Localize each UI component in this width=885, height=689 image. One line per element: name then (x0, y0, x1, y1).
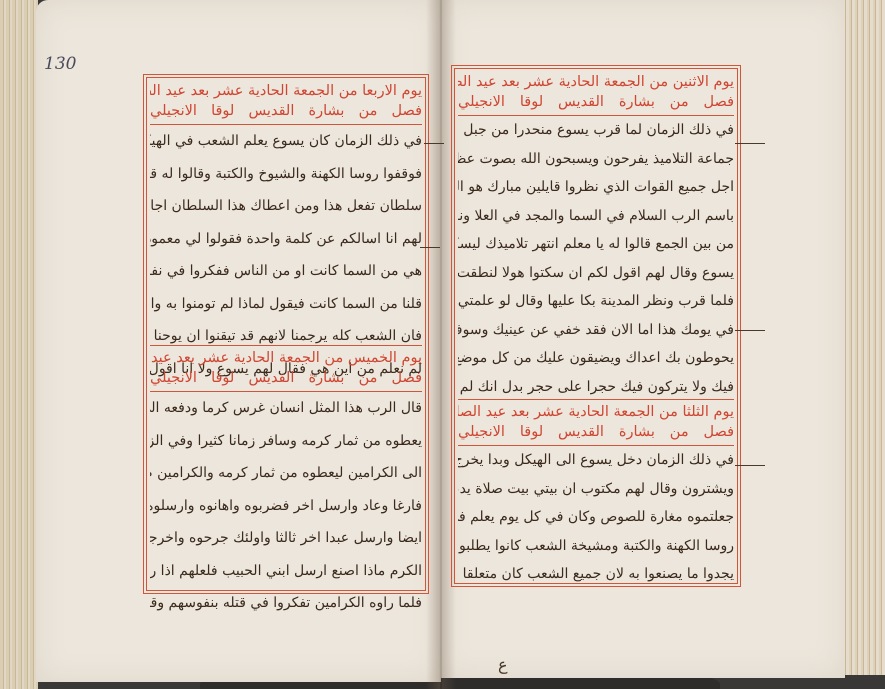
text-line: لهم انا اسالكم عن كلمة واحدة فقولوا لي م… (150, 223, 422, 256)
text-line: في ذلك الزمان لما قرب يسوع منحدرا من جبل… (458, 116, 734, 145)
margin-marker-line (420, 247, 440, 248)
body-text: في ذلك الزمان دخل يسوع الى الهيكل وبدا ي… (458, 446, 734, 589)
margin-marker-line (735, 465, 765, 466)
rubric-heading: يوم الاربعا من الجمعة الحادية عشر بعد عي… (150, 79, 422, 125)
text-line: الكرم ماذا اصنع ارسل ابني الحبيب فلعلهم … (150, 555, 422, 588)
text-line: يعطوه من ثمار كرمه وسافر زمانا كثيرا وفي… (150, 425, 422, 458)
right-text-frame: يوم الاثنين من الجمعة الحادية عشر بعد عي… (451, 65, 741, 587)
text-line: ويشترون وقال لهم مكتوب ان بيتي بيت صلاة … (458, 475, 734, 504)
text-line: فيك ولا يتركون فيك حجرا على حجر بدل انك … (458, 373, 734, 402)
right-section-2: يوم الثلثا من الجمعة الحادية عشر بعد عيد… (458, 399, 734, 589)
right-section-1: يوم الاثنين من الجمعة الحادية عشر بعد عي… (458, 70, 734, 401)
margin-marker-line (424, 143, 444, 144)
rubric-line: يوم الاربعا من الجمعة الحادية عشر بعد عي… (150, 81, 422, 101)
text-line: في ذلك الزمان دخل يسوع الى الهيكل وبدا ي… (458, 446, 734, 475)
text-line: ايضا وارسل عبدا اخر ثالثا واولئك جرحوه و… (150, 522, 422, 555)
text-line: جعلتموه مغارة للصوص وكان في كل يوم يعلم … (458, 503, 734, 532)
open-manuscript: 130 ع يوم الاربعا من الجمعة الحادية عشر … (0, 0, 885, 689)
left-section-1: يوم الاربعا من الجمعة الحادية عشر بعد عي… (150, 79, 422, 385)
rubric-line: فصل من بشارة القديس لوقا الانجيلي (458, 92, 734, 112)
rubric-heading: يوم الثلثا من الجمعة الحادية عشر بعد عيد… (458, 400, 734, 446)
text-line: روسا الكهنة والكتبة ومشيخة الشعب كانوا ي… (458, 532, 734, 561)
text-line: فلما راوه الكرامين تفكروا في قتله بنفوسه… (150, 587, 422, 620)
text-line: باسم الرب السلام في السما والمجد في العل… (458, 202, 734, 231)
text-line: فوقفوا روسا الكهنة والشيوخ والكتبة وقالو… (150, 158, 422, 191)
text-line: سلطان تفعل هذا ومن اعطاك هذا السلطان اجا… (150, 190, 422, 223)
rubric-line: يوم الثلثا من الجمعة الحادية عشر بعد عيد… (458, 402, 734, 422)
text-line: من بين الجمع قالوا له يا معلم انتهر تلام… (458, 230, 734, 259)
rubric-line: يوم الخميس من الجمعة الحادية عشر بعد عيد… (150, 348, 422, 368)
text-line: في ذلك الزمان كان يسوع يعلم الشعب في اله… (150, 125, 422, 158)
text-line: الى الكرامين ليعطوه من ثمار كرمه والكرام… (150, 457, 422, 490)
page-edges-right (843, 0, 885, 675)
body-text: في ذلك الزمان لما قرب يسوع منحدرا من جبل… (458, 116, 734, 401)
left-text-frame: يوم الاربعا من الجمعة الحادية عشر بعد عي… (143, 74, 429, 594)
text-line: قال الرب هذا المثل انسان غرس كرما ودفعه … (150, 392, 422, 425)
folio-number: 130 (44, 54, 76, 74)
text-line: هي من السما كانت او من الناس ففكروا في ن… (150, 255, 422, 288)
rubric-heading: يوم الخميس من الجمعة الحادية عشر بعد عيد… (150, 346, 422, 392)
rubric-heading: يوم الاثنين من الجمعة الحادية عشر بعد عي… (458, 70, 734, 116)
catchword: ع (498, 655, 508, 674)
margin-marker-line (735, 330, 765, 331)
text-line: قلنا من السما كانت فيقول لماذا لم تومنوا… (150, 288, 422, 321)
margin-marker-line (735, 143, 765, 144)
rubric-line: فصل من بشارة القديس لوقا الانجيلي (150, 368, 422, 388)
text-line: اجل جميع القوات الذي نظروا قايلين مبارك … (458, 173, 734, 202)
body-text: قال الرب هذا المثل انسان غرس كرما ودفعه … (150, 392, 422, 620)
rubric-line: فصل من بشارة القديس لوقا الانجيلي (458, 422, 734, 442)
text-line: في يومك هذا اما الان فقد خفي عن عينيك وس… (458, 316, 734, 345)
text-line: جماعة التلاميذ يفرحون ويسبحون الله بصوت … (458, 145, 734, 174)
text-line: يسوع وقال لهم اقول لكم ان سكتوا هولا لنط… (458, 259, 734, 288)
text-line: فارغا وعاد وارسل اخر فضربوه واهانوه وارس… (150, 490, 422, 523)
rubric-line: فصل من بشارة القديس لوقا الانجيلي (150, 101, 422, 121)
page-edges-left (0, 0, 38, 689)
text-line: فلما قرب ونظر المدينة بكا عليها وقال لو … (458, 287, 734, 316)
left-section-2: يوم الخميس من الجمعة الحادية عشر بعد عيد… (150, 345, 422, 620)
text-line: يحوطون بك اعداك ويضيقون عليك من كل موضع … (458, 344, 734, 373)
rubric-line: يوم الاثنين من الجمعة الحادية عشر بعد عي… (458, 72, 734, 92)
text-line: يجدوا ما يصنعوا به لان جميع الشعب كان مت… (458, 560, 734, 589)
